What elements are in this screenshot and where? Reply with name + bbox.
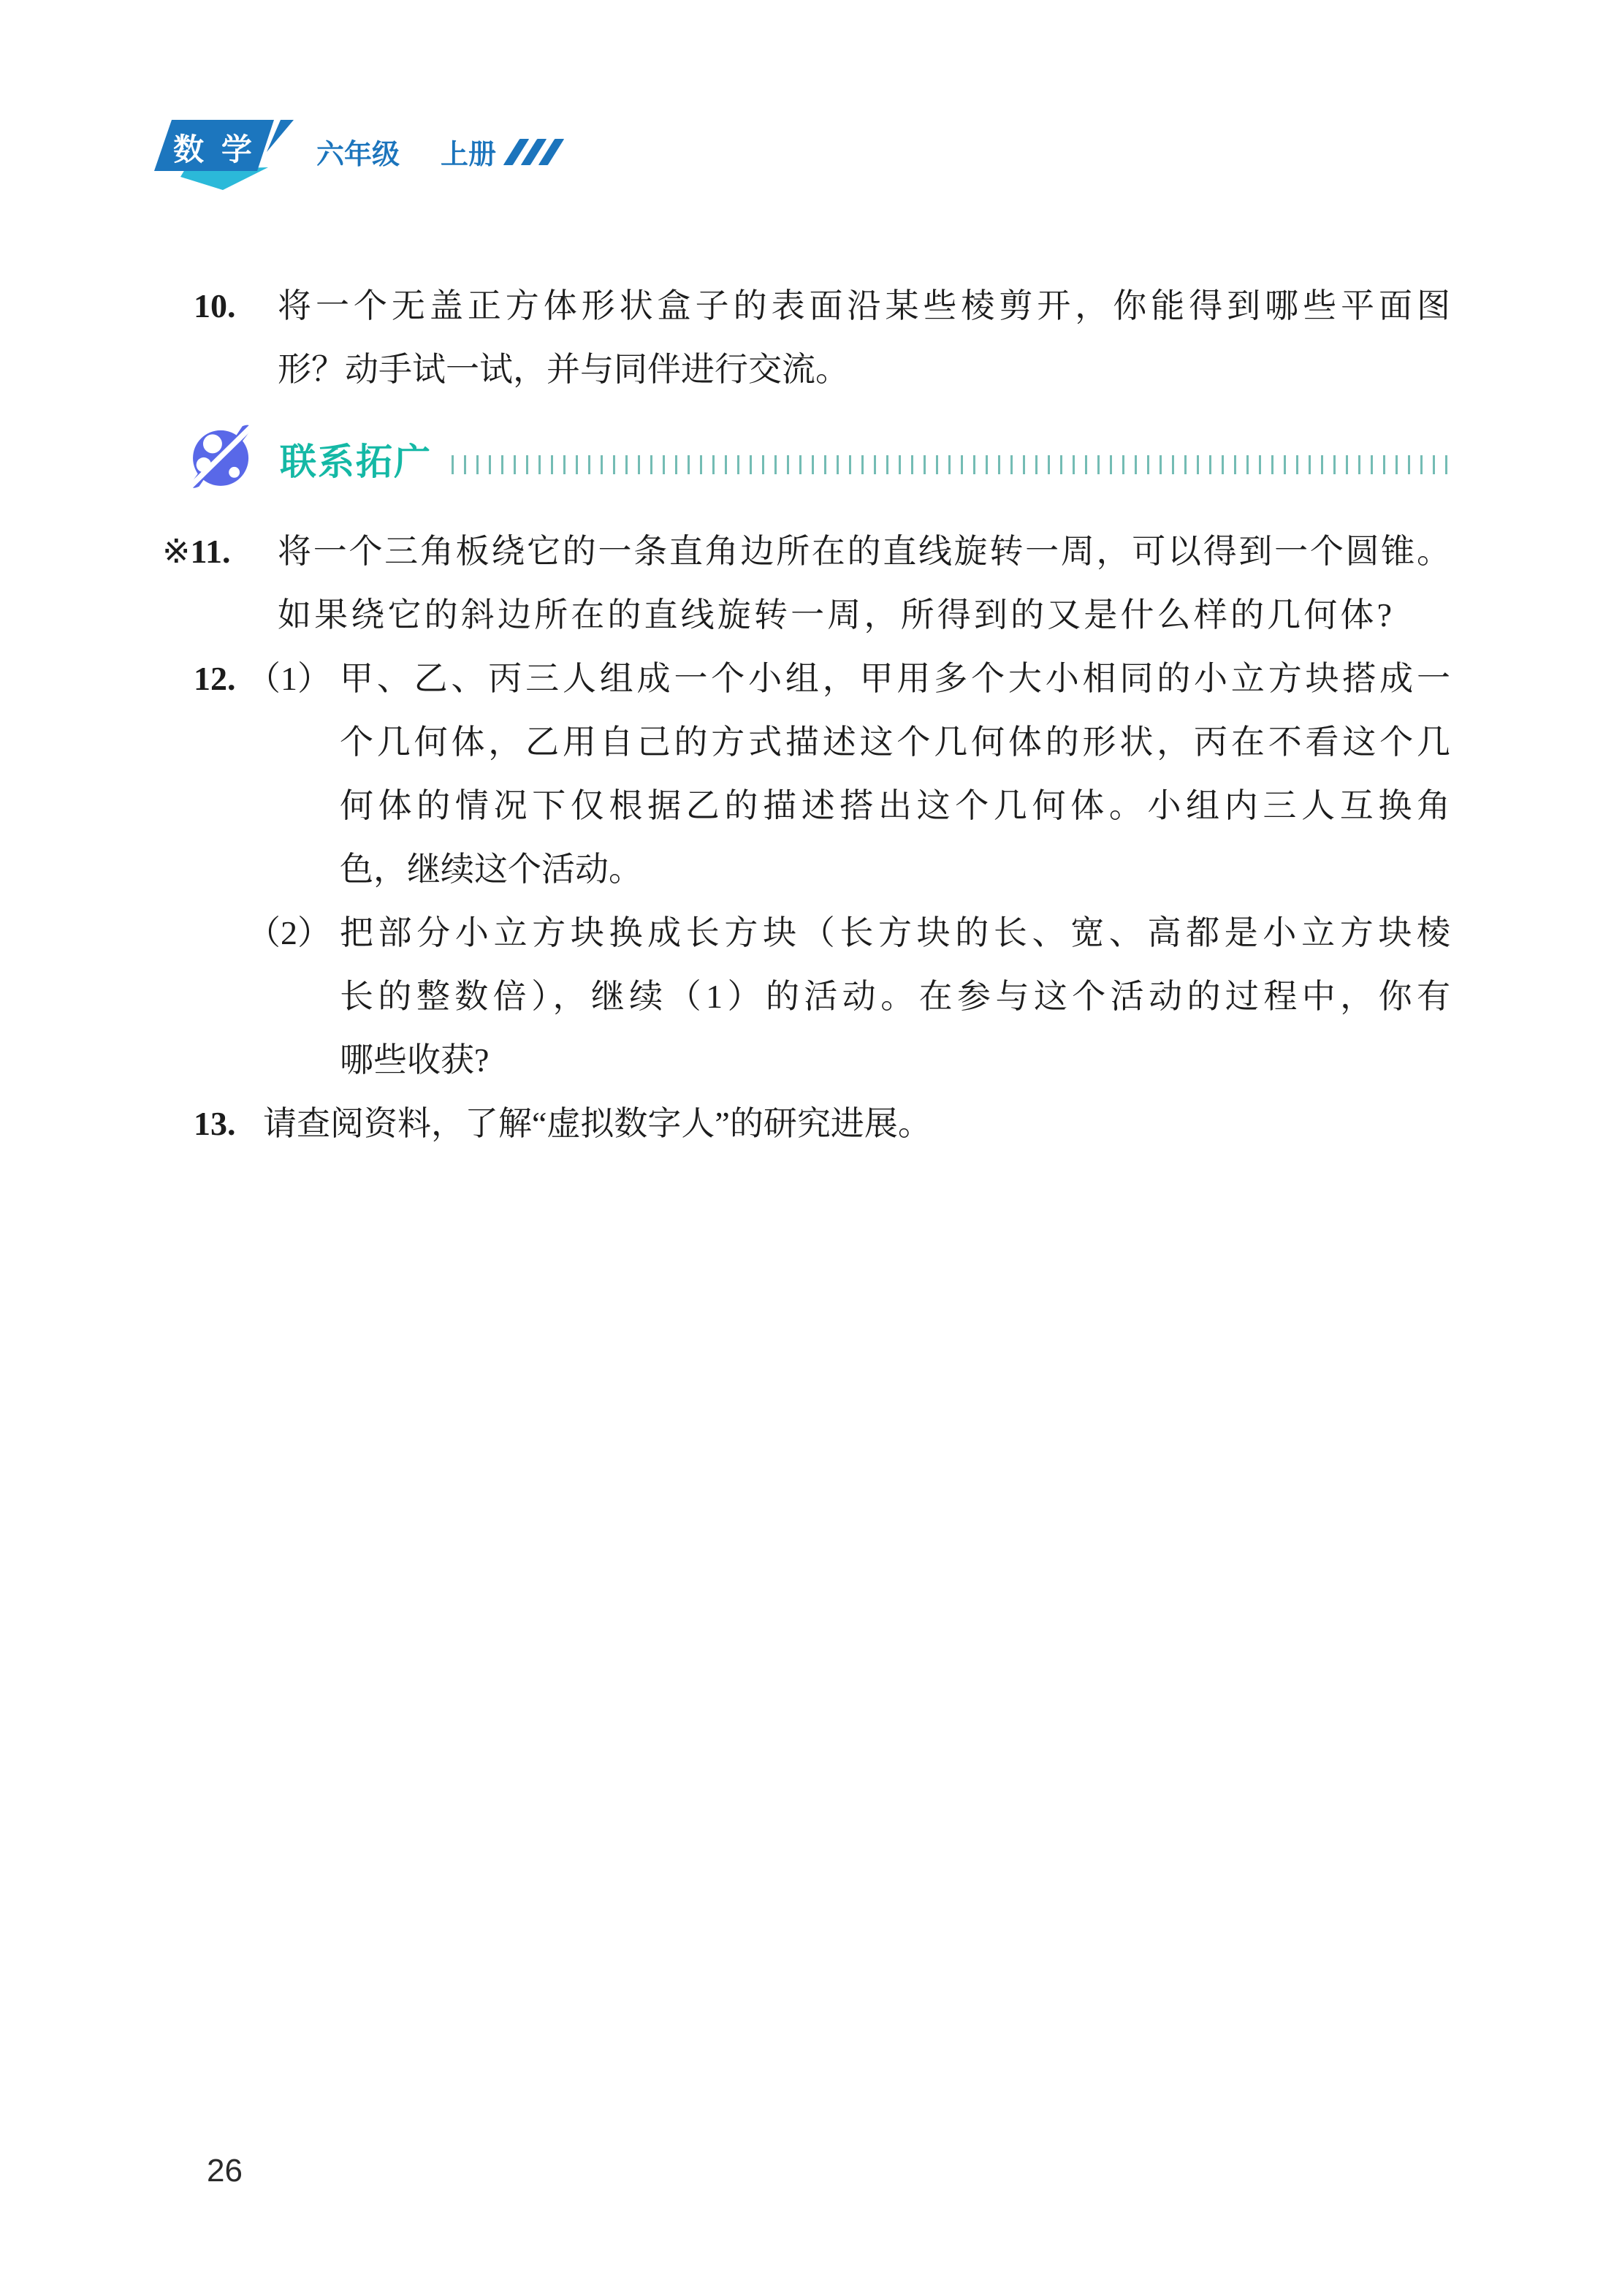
problem-12-line: 色，继续这个活动。 — [340, 848, 642, 891]
problem-12-line: 哪些收获? — [340, 1039, 489, 1082]
problem-12-line: 个几何体，乙用自己的方式描述这个几何体的形状，丙在不看这个几 — [340, 721, 1450, 767]
triple-slash-icon — [511, 139, 556, 165]
textbook-page: 数 学 六年级 上册 联系拓广 10. 将一个无盖正方体形状盒子的表面沿某些棱剪… — [0, 0, 1622, 2296]
badge-title: 数 学 — [166, 126, 264, 170]
problem-12-line: 把部分小立方块换成长方块（长方块的长、宽、高都是小立方块棱 — [340, 912, 1450, 957]
volume-label: 上册 — [441, 132, 496, 172]
problem-12-part2-label: （2） — [247, 912, 331, 954]
problem-12-number: 12. — [194, 658, 236, 700]
grade-label: 六年级 — [316, 132, 400, 172]
problem-12-line: 甲、乙、丙三人组成一个小组，甲用多个大小相同的小立方块搭成一 — [340, 658, 1450, 703]
problem-11-line: 如果绕它的斜边所在的直线旋转一周，所得到的又是什么样的几何体? — [278, 594, 1392, 639]
problem-11-number: ※11. — [162, 531, 231, 573]
reference-mark: ※ — [162, 533, 191, 570]
problem-12-line: 长的整数倍），继续（1）的活动。在参与这个活动的过程中，你有 — [340, 976, 1450, 1021]
problem-10-number: 10. — [194, 285, 236, 327]
subject-badge: 数 学 — [150, 115, 296, 194]
problem-13-number: 13. — [194, 1103, 236, 1145]
problem-10-line: 将一个无盖正方体形状盒子的表面沿某些棱剪开，你能得到哪些平面图 — [278, 285, 1450, 330]
problem-10-line: 形？动手试一试，并与同伴进行交流。 — [278, 349, 849, 391]
problem-12-part1-label: （1） — [247, 658, 331, 700]
problem-11-line: 将一个三角板绕它的一条直角边所在的直线旋转一周，可以得到一个圆锥。 — [278, 531, 1450, 576]
dotted-ruler-decoration — [452, 455, 1451, 474]
problem-12-line: 何体的情况下仅根据乙的描述搭出这个几何体。小组内三人互换角 — [340, 785, 1450, 830]
header-grade-row: 六年级 上册 — [316, 134, 496, 168]
planet-icon — [184, 419, 259, 494]
page-number: 26 — [207, 2153, 243, 2189]
problem-13-line: 请查阅资料，了解“虚拟数字人”的研究进展。 — [263, 1103, 932, 1145]
section-title: 联系拓广 — [280, 433, 432, 485]
